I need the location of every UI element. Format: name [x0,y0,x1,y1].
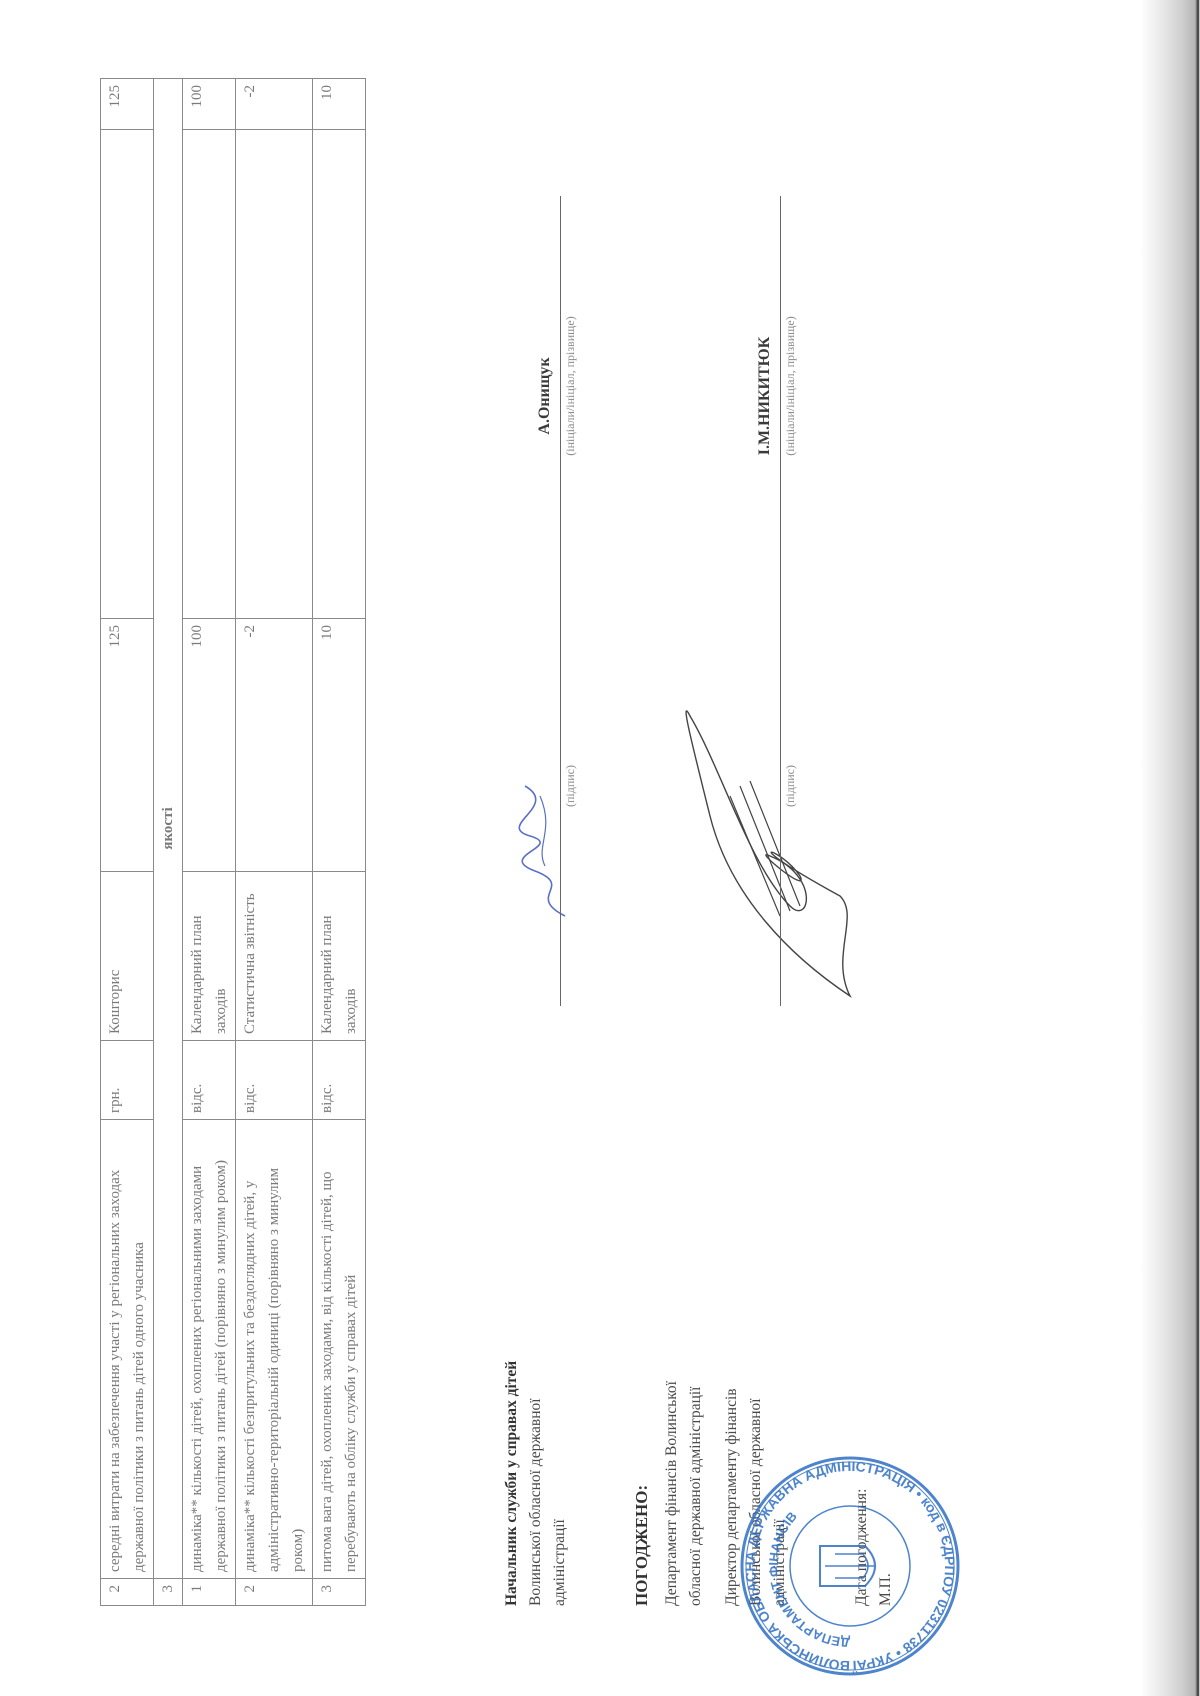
director-name: І.М.НИКИТЮК [756,216,774,576]
table-row: 1динаміка** кількості дітей, охоплених р… [183,79,236,1606]
table-row: 2середні витрати на забезпечення участі … [101,79,154,1606]
source-cell: Календарний план заходів [313,872,366,1041]
head-signature-line [560,556,561,1006]
head-name-caption: (ініціали/ініціал, прізвище) [563,196,578,576]
source-cell: Кошторис [101,872,154,1041]
source-cell: Календарний план заходів [183,872,236,1041]
indicator-name: середні витрати на забезпечення участі у… [101,1120,154,1579]
approval-dept-line2: обласної державної адміністрації [684,1387,708,1606]
indicator-name: динаміка** кількості безпритульних та бе… [236,1120,313,1579]
indicators-table: 2середні витрати на забезпечення участі … [100,78,366,1606]
director-name-line [780,196,781,576]
value-cell [236,130,313,619]
value-cell: 125 [101,79,154,130]
value-cell: 10 [313,79,366,130]
section-label: якості [154,79,183,1579]
table-row: 2динаміка** кількості безпритульних та б… [236,79,313,1606]
unit-cell: відс. [183,1041,236,1120]
value-cell [183,130,236,619]
section-row: 3якості [154,79,183,1606]
value-cell: 100 [183,619,236,872]
indicator-name: динаміка** кількості дітей, охоплених ре… [183,1120,236,1579]
unit-cell: відс. [313,1041,366,1120]
value-cell: 125 [101,619,154,872]
director-signature-caption: (підпис) [783,566,798,1006]
source-cell: Статистична звітність [236,872,313,1041]
table-row: 3питома вага дітей, охоплених заходами, … [313,79,366,1606]
row-number: 2 [236,1579,313,1606]
rotated-page: 2середні витрати на забезпечення участі … [0,0,1200,1696]
value-cell: -2 [236,79,313,130]
head-name: А.Онищук [536,216,554,576]
row-number: 1 [183,1579,236,1606]
unit-cell: грн. [101,1041,154,1120]
official-stamp: ВОЛИНСЬКА ОБЛАСНА ДЕРЖАВНА АДМІНІСТРАЦІЯ… [735,1451,965,1681]
value-cell: 100 [183,79,236,130]
approval-dept-line1: Департамент фінансів Волинської [660,1381,684,1606]
indicator-name: питома вага дітей, охоплених заходами, в… [313,1120,366,1579]
row-number: 2 [101,1579,154,1606]
approval-heading: ПОГОДЖЕНО: [630,1485,654,1606]
director-signature [670,686,870,1016]
director-name-caption: (ініціали/ініціал, прізвище) [783,196,798,576]
head-title-line1: Начальник служби у справах дітей [500,1361,524,1606]
value-cell [313,130,366,619]
unit-cell: відс. [236,1041,313,1120]
head-signature-caption: (підпис) [563,566,578,1006]
head-title-line2: Волинської обласної державної [524,1398,548,1606]
row-number: 3 [154,1579,183,1606]
value-cell [101,130,154,619]
value-cell: 10 [313,619,366,872]
row-number: 3 [313,1579,366,1606]
director-signature-line [780,566,781,1006]
value-cell: -2 [236,619,313,872]
head-title-line3: адміністрації [548,1519,572,1606]
head-name-line [560,196,561,576]
